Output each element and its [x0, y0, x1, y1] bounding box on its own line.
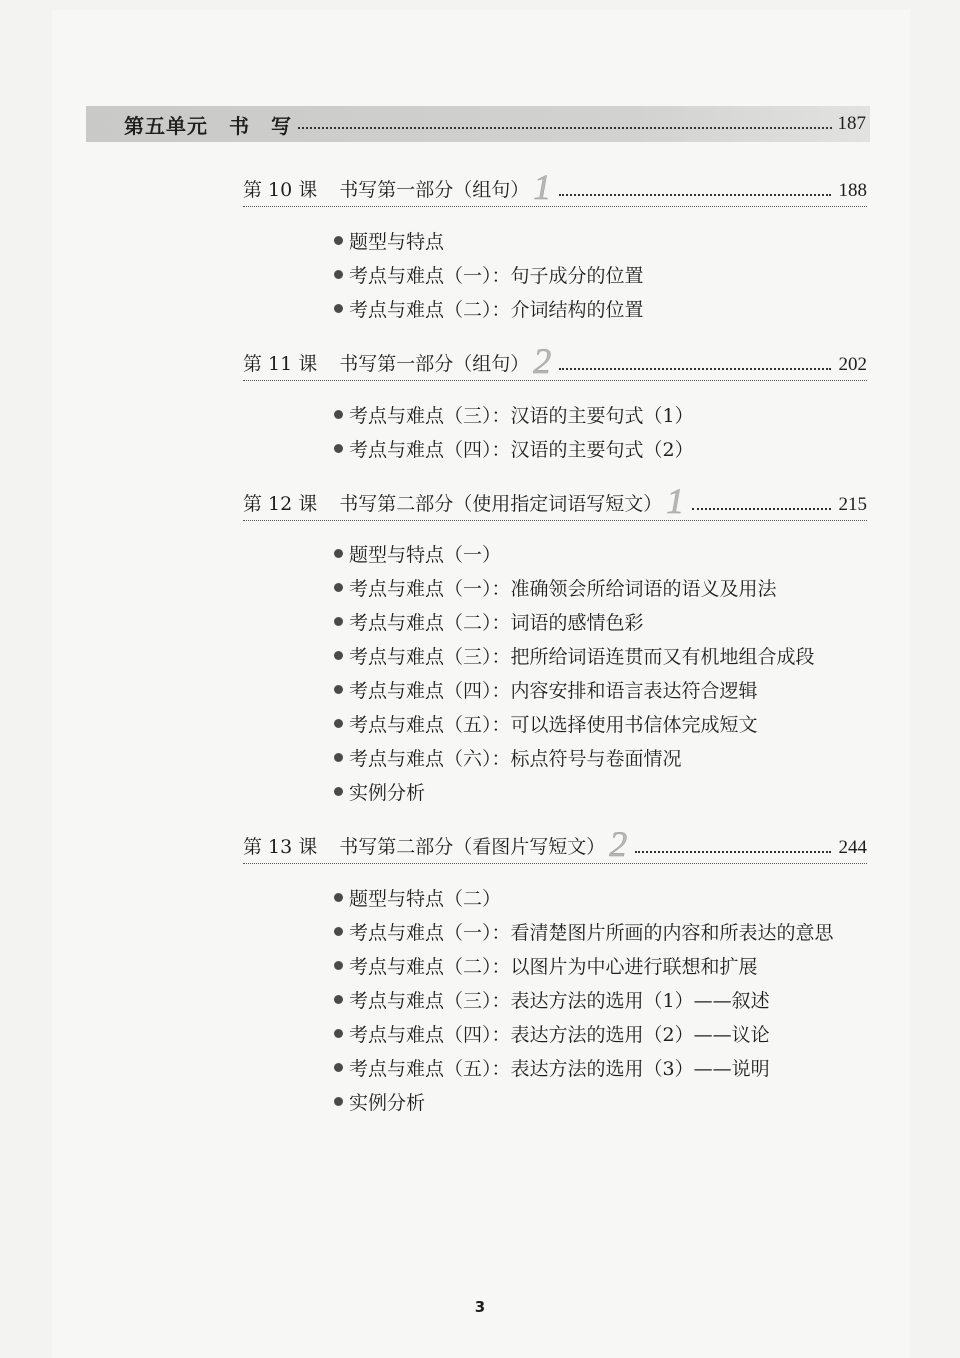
item-text: 考点与难点（一）：准确领会所给词语的语义及用法: [349, 574, 777, 601]
unit-heading: 第五单元 书 写 187: [86, 106, 870, 142]
list-item: 考点与难点（四）：表达方法的选用（2）——议论: [334, 1019, 770, 1047]
item-text: 考点与难点（四）：内容安排和语言表达符合逻辑: [349, 676, 758, 703]
list-item: 考点与难点（五）：可以选择使用书信体完成短文: [334, 709, 758, 737]
lesson-page-number: 244: [839, 837, 868, 859]
bullet-icon: [334, 1029, 343, 1038]
bullet-icon: [334, 1063, 343, 1072]
list-item: 考点与难点（二）：词语的感情色彩: [334, 607, 644, 635]
lesson-heading: 第 13 课 书写第二部分（看图片写短文） 2 244: [243, 827, 867, 864]
lesson-title: 书写第二部分（看图片写短文）: [339, 832, 605, 859]
unit-title: 第五单元 书 写: [124, 110, 292, 139]
lesson-heading: 第 11 课 书写第一部分（组句） 2 202: [243, 344, 867, 381]
list-item: 考点与难点（二）：介词结构的位置: [334, 294, 644, 322]
bullet-icon: [334, 927, 343, 936]
bullet-icon: [334, 787, 343, 796]
item-text: 考点与难点（三）：把所给词语连贯而又有机地组合成段: [349, 642, 815, 669]
bullet-icon: [334, 583, 343, 592]
list-item: 考点与难点（四）：内容安排和语言表达符合逻辑: [334, 675, 758, 703]
part-number: 2: [533, 346, 551, 376]
item-text: 考点与难点（三）：汉语的主要句式（1）: [349, 401, 694, 428]
lesson-title: 书写第二部分（使用指定词语写短文）: [339, 489, 662, 516]
item-text: 题型与特点: [349, 227, 444, 254]
list-item: 考点与难点（三）：把所给词语连贯而又有机地组合成段: [334, 641, 815, 669]
bullet-icon: [334, 893, 343, 902]
bullet-icon: [334, 410, 343, 419]
page-footer-number: 3: [0, 1298, 960, 1316]
list-item: 考点与难点（四）：汉语的主要句式（2）: [334, 434, 694, 462]
lesson-page-number: 202: [839, 354, 868, 376]
item-text: 考点与难点（五）：表达方法的选用（3）——说明: [349, 1054, 770, 1081]
list-item: 考点与难点（一）：准确领会所给词语的语义及用法: [334, 573, 777, 601]
lesson-heading: 第 10 课 书写第一部分（组句） 1 188: [243, 170, 867, 207]
list-item: 实例分析: [334, 777, 425, 805]
list-item: 考点与难点（三）：汉语的主要句式（1）: [334, 400, 694, 428]
item-text: 考点与难点（五）：可以选择使用书信体完成短文: [349, 710, 758, 737]
list-item: 考点与难点（一）：句子成分的位置: [334, 260, 644, 288]
bullet-icon: [334, 236, 343, 245]
bullet-icon: [334, 961, 343, 970]
list-item: 实例分析: [334, 1087, 425, 1115]
item-text: 考点与难点（一）：句子成分的位置: [349, 261, 644, 288]
list-item: 题型与特点（二）: [334, 883, 501, 911]
bullet-icon: [334, 753, 343, 762]
bullet-icon: [334, 1097, 343, 1106]
bullet-icon: [334, 995, 343, 1004]
item-text: 考点与难点（一）：看清楚图片所画的内容和所表达的意思: [349, 918, 834, 945]
dot-leader: [559, 194, 830, 196]
item-text: 考点与难点（六）：标点符号与卷面情况: [349, 744, 682, 771]
item-text: 考点与难点（二）：以图片为中心进行联想和扩展: [349, 952, 758, 979]
bullet-icon: [334, 270, 343, 279]
lesson-number: 第 10 课: [243, 175, 317, 202]
list-item: 考点与难点（一）：看清楚图片所画的内容和所表达的意思: [334, 917, 834, 945]
lesson-page-number: 188: [839, 180, 868, 202]
list-item: 题型与特点: [334, 226, 444, 254]
item-text: 题型与特点（二）: [349, 884, 501, 911]
lesson-heading: 第 12 课 书写第二部分（使用指定词语写短文） 1 215: [243, 484, 867, 521]
dot-leader: [298, 127, 832, 129]
part-number: 2: [609, 829, 627, 859]
list-item: 考点与难点（五）：表达方法的选用（3）——说明: [334, 1053, 770, 1081]
dot-leader: [559, 368, 830, 370]
bullet-icon: [334, 685, 343, 694]
list-item: 考点与难点（六）：标点符号与卷面情况: [334, 743, 682, 771]
dot-leader: [692, 508, 830, 510]
bullet-icon: [334, 444, 343, 453]
item-text: 实例分析: [349, 778, 425, 805]
bullet-icon: [334, 617, 343, 626]
lesson-number: 第 13 课: [243, 832, 317, 859]
item-text: 考点与难点（三）：表达方法的选用（1）——叙述: [349, 986, 770, 1013]
item-text: 实例分析: [349, 1088, 425, 1115]
lesson-title: 书写第一部分（组句）: [339, 175, 529, 202]
lesson-number: 第 12 课: [243, 489, 317, 516]
bullet-icon: [334, 549, 343, 558]
list-item: 考点与难点（二）：以图片为中心进行联想和扩展: [334, 951, 758, 979]
part-number: 1: [666, 486, 684, 516]
bullet-icon: [334, 719, 343, 728]
unit-page-number: 187: [838, 113, 867, 135]
item-text: 考点与难点（四）：汉语的主要句式（2）: [349, 435, 694, 462]
list-item: 题型与特点（一）: [334, 539, 501, 567]
item-text: 题型与特点（一）: [349, 540, 501, 567]
item-text: 考点与难点（四）：表达方法的选用（2）——议论: [349, 1020, 770, 1047]
bullet-icon: [334, 304, 343, 313]
part-number: 1: [533, 172, 551, 202]
lesson-page-number: 215: [839, 494, 868, 516]
bullet-icon: [334, 651, 343, 660]
lesson-number: 第 11 课: [243, 349, 317, 376]
item-text: 考点与难点（二）：介词结构的位置: [349, 295, 644, 322]
item-text: 考点与难点（二）：词语的感情色彩: [349, 608, 644, 635]
lesson-title: 书写第一部分（组句）: [339, 349, 529, 376]
dot-leader: [635, 851, 830, 853]
list-item: 考点与难点（三）：表达方法的选用（1）——叙述: [334, 985, 770, 1013]
